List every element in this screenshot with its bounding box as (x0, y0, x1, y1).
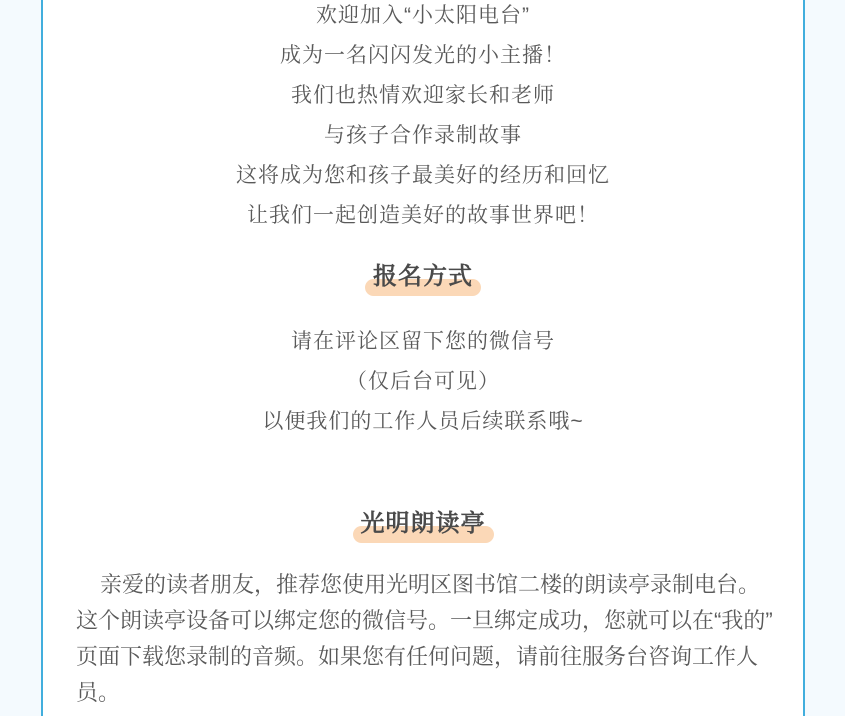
intro-line: 我们也热情欢迎家长和老师 (43, 76, 803, 116)
signup-heading-row: 报名方式 (43, 260, 803, 294)
signup-block: 请在评论区留下您的微信号 （仅后台可见） 以便我们的工作人员后续联系哦~ (43, 322, 803, 442)
intro-line: 与孩子合作录制故事 (43, 116, 803, 156)
paragraph-line: 页面下载您录制的音频。如果您有任何问题，请前往服务台咨询工作人 (76, 639, 795, 675)
reading-booth-paragraph: 亲爱的读者朋友，推荐您使用光明区图书馆二楼的朗读亭录制电台。 这个朗读亭设备可以… (43, 567, 803, 711)
signup-heading-text: 报名方式 (373, 263, 473, 290)
signup-line: （仅后台可见） (43, 362, 803, 402)
intro-line: 这将成为您和孩子最美好的经历和回忆 (43, 156, 803, 196)
reading-booth-heading-text: 光明朗读亭 (361, 510, 486, 537)
signup-line: 请在评论区留下您的微信号 (43, 322, 803, 362)
intro-line: 成为一名闪闪发光的小主播！ (43, 36, 803, 76)
intro-line: 让我们一起创造美好的故事世界吧！ (43, 196, 803, 236)
paragraph-line: 这个朗读亭设备可以绑定您的微信号。一旦绑定成功，您就可以在“我的” (76, 603, 795, 639)
signup-line: 以便我们的工作人员后续联系哦~ (43, 402, 803, 442)
reading-booth-heading: 光明朗读亭 (361, 507, 486, 541)
article-content: 欢迎加入“小太阳电台” 成为一名闪闪发光的小主播！ 我们也热情欢迎家长和老师 与… (41, 0, 805, 716)
intro-line: 欢迎加入“小太阳电台” (43, 0, 803, 36)
paragraph-line: 亲爱的读者朋友，推荐您使用光明区图书馆二楼的朗读亭录制电台。 (76, 567, 795, 603)
intro-block: 欢迎加入“小太阳电台” 成为一名闪闪发光的小主播！ 我们也热情欢迎家长和老师 与… (43, 0, 803, 236)
paragraph-line: 员。 (76, 675, 795, 711)
reading-booth-heading-row: 光明朗读亭 (43, 507, 803, 541)
signup-heading: 报名方式 (373, 260, 473, 294)
